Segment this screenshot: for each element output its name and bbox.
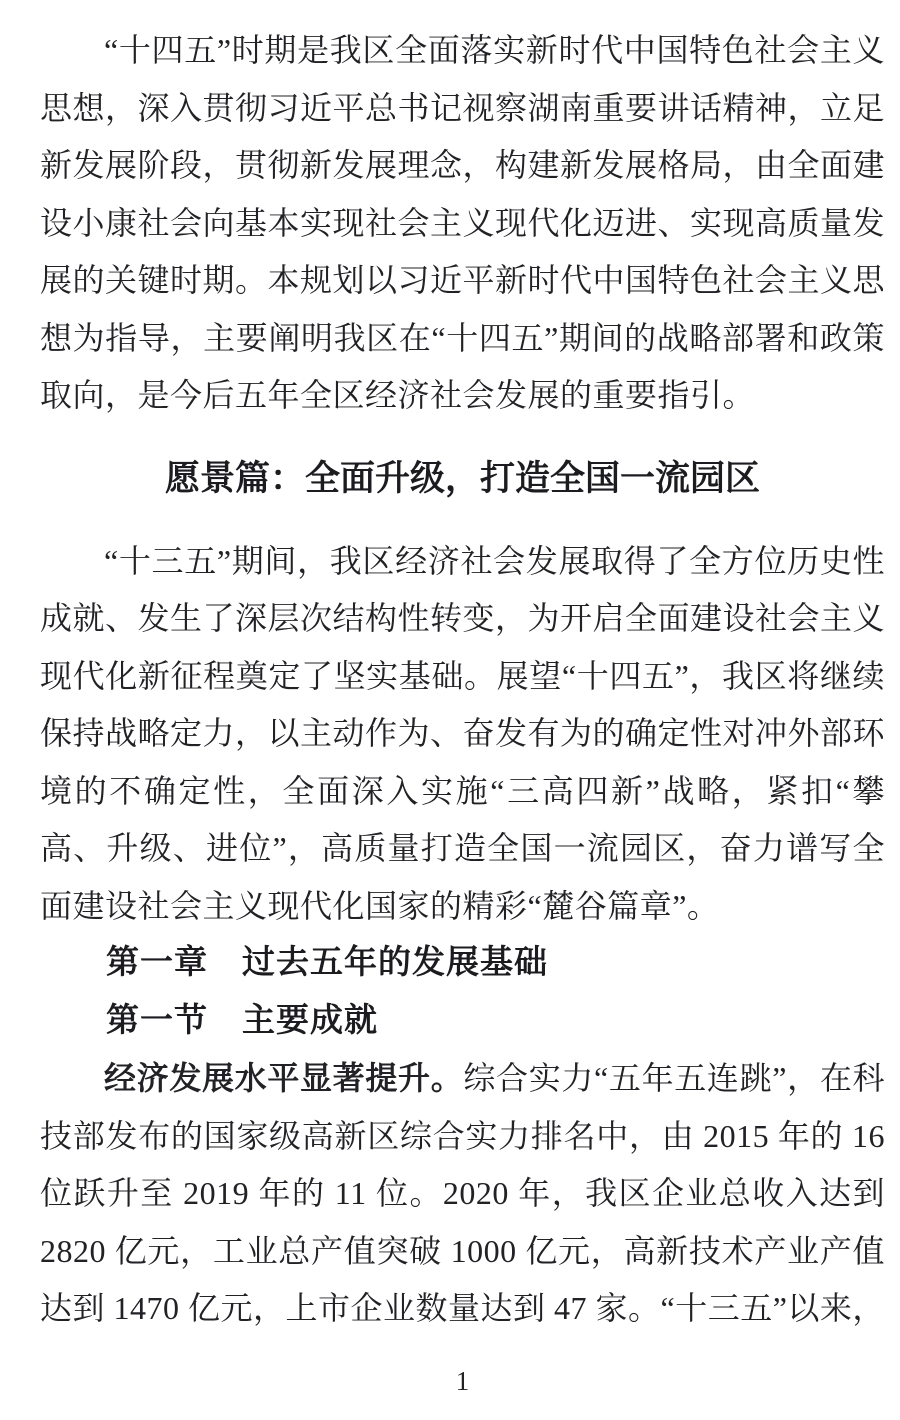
document-page: “十四五”时期是我区全面落实新时代中国特色社会主义思想，深入贯彻习近平总书记视察… [0,0,900,1420]
paragraph-intro: “十四五”时期是我区全面落实新时代中国特色社会主义思想，深入贯彻习近平总书记视察… [40,22,885,425]
document-content: “十四五”时期是我区全面落实新时代中国特色社会主义思想，深入贯彻习近平总书记视察… [40,22,885,1338]
paragraph-achievements: 经济发展水平显著提升。综合实力“五年五连跳”，在科技部发布的国家级高新区综合实力… [40,1050,885,1338]
page-number: 1 [40,1366,885,1396]
paragraph-vision: “十三五”期间，我区经济社会发展取得了全方位历史性成就、发生了深层次结构性转变，… [40,533,885,936]
achievements-body-text: 综合实力“五年五连跳”，在科技部发布的国家级高新区综合实力排名中，由 2015 … [40,1060,885,1326]
part-title: 愿景篇：全面升级，打造全国一流园区 [40,450,885,508]
achievements-lead-text: 经济发展水平显著提升。 [104,1060,463,1096]
chapter-title: 第一章 过去五年的发展基础 [40,935,885,993]
section-title: 第一节 主要成就 [40,993,885,1051]
